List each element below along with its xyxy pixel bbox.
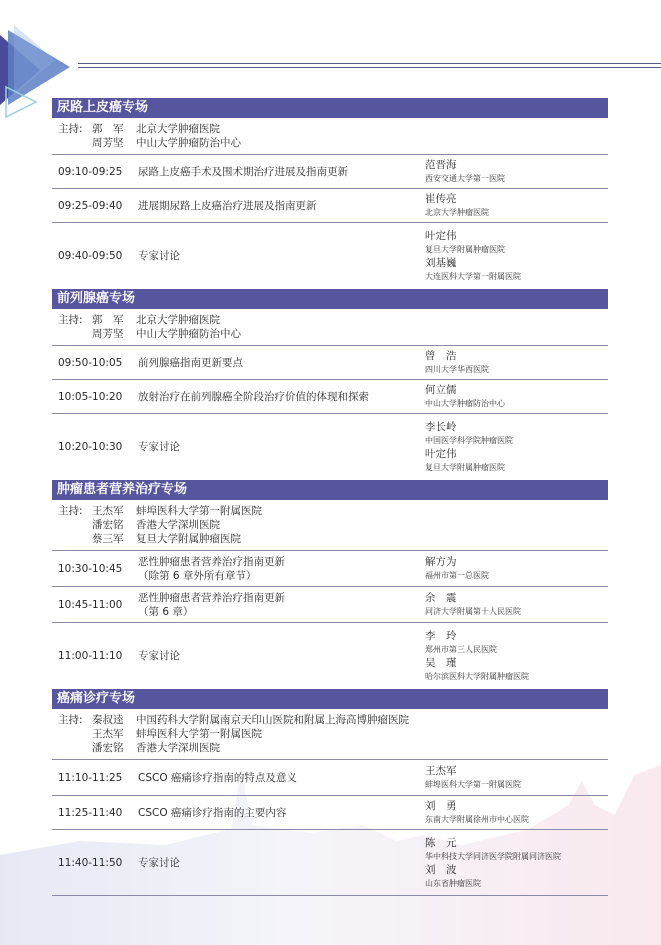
time-slot: 09:50-10:05: [52, 357, 138, 369]
time-slot: 09:10-09:25: [52, 166, 138, 178]
speaker-name: 刘 勇: [425, 799, 608, 813]
speaker-name: 刘基巍: [425, 256, 608, 270]
host-name: 秦叔逵: [92, 713, 136, 727]
speaker-name: 刘 波: [425, 863, 608, 877]
agenda-row: 09:25-09:40 进展期尿路上皮癌治疗进展及指南更新 崔传亮北京大学肿瘤医…: [52, 189, 608, 223]
host-institution: 中山大学肿瘤防治中心: [136, 136, 241, 150]
time-slot: 10:30-10:45: [52, 563, 138, 575]
speaker-institution: 山东省肿瘤医院: [425, 877, 608, 890]
time-slot: 09:40-09:50: [52, 250, 138, 262]
time-slot: 11:00-11:10: [52, 650, 138, 662]
section-urothelial: 尿路上皮癌专场 主持:郭 军北京大学肿瘤医院 周芳坚中山大学肿瘤防治中心 09:…: [52, 98, 608, 289]
agenda-row: 10:05-10:20 放射治疗在前列腺癌全阶段治疗价值的体现和探索 何立儒中山…: [52, 380, 608, 414]
section-title: 前列腺癌专场: [52, 289, 608, 309]
topic: CSCO 癌痛诊疗指南的主要内容: [138, 806, 425, 820]
topic: CSCO 癌痛诊疗指南的特点及意义: [138, 771, 425, 785]
speaker-name: 叶定伟: [425, 229, 608, 243]
topic: 进展期尿路上皮癌治疗进展及指南更新: [138, 199, 425, 213]
speaker-name: 何立儒: [425, 383, 608, 397]
speaker-name: 余 震: [425, 591, 608, 605]
speaker-institution: 郑州市第三人民医院: [425, 643, 608, 656]
host-name: 郭 军: [92, 122, 136, 136]
top-divider: [78, 63, 661, 68]
time-slot: 11:40-11:50: [52, 857, 138, 869]
topic-note: （除第 6 章外所有章节）: [138, 569, 425, 583]
speaker-institution: 同济大学附属第十人民医院: [425, 605, 608, 618]
host-label: 主持:: [58, 713, 92, 727]
host-institution: 复旦大学附属肿瘤医院: [136, 532, 241, 546]
speaker-institution: 福州市第一总医院: [425, 569, 608, 582]
host-institution: 蚌埠医科大学第一附属医院: [136, 504, 262, 518]
section-title: 肿瘤患者营养治疗专场: [52, 480, 608, 500]
speaker-institution: 复旦大学附属肿瘤医院: [425, 461, 608, 474]
agenda: 尿路上皮癌专场 主持:郭 军北京大学肿瘤医院 周芳坚中山大学肿瘤防治中心 09:…: [52, 98, 608, 896]
speaker-name: 范晋海: [425, 158, 608, 172]
agenda-row: 10:20-10:30 专家讨论 李长岭中国医学科学院肿瘤医院 叶定伟复旦大学附…: [52, 414, 608, 480]
agenda-row: 09:40-09:50 专家讨论 叶定伟复旦大学附属肿瘤医院 刘基巍大连医科大学…: [52, 223, 608, 289]
host-name: 周芳坚: [92, 136, 136, 150]
speaker-institution: 北京大学肿瘤医院: [425, 206, 608, 219]
speaker-name: 解方为: [425, 555, 608, 569]
agenda-row: 11:25-11:40 CSCO 癌痛诊疗指南的主要内容 刘 勇东南大学附属徐州…: [52, 796, 608, 830]
speaker-name: 李长岭: [425, 420, 608, 434]
speaker-institution: 四川大学华西医院: [425, 363, 608, 376]
hosts: 主持:王杰军蚌埠医科大学第一附属医院 潘宏铭香港大学深圳医院 蔡三军复旦大学附属…: [52, 500, 608, 551]
topic-note: （第 6 章）: [138, 605, 425, 619]
hosts: 主持:郭 军北京大学肿瘤医院 周芳坚中山大学肿瘤防治中心: [52, 309, 608, 346]
hosts: 主持:秦叔逵中国药科大学附属南京天印山医院和附属上海高博肿瘤医院 王杰军蚌埠医科…: [52, 709, 608, 760]
topic: 放射治疗在前列腺癌全阶段治疗价值的体现和探索: [138, 390, 425, 404]
host-name: 周芳坚: [92, 327, 136, 341]
agenda-row: 10:45-11:00 恶性肿瘤患者营养治疗指南更新（第 6 章） 余 震同济大…: [52, 587, 608, 623]
speaker-institution: 东南大学附属徐州市中心医院: [425, 813, 608, 826]
speaker-name: 陈 元: [425, 836, 608, 850]
time-slot: 09:25-09:40: [52, 200, 138, 212]
host-institution: 北京大学肿瘤医院: [136, 313, 220, 327]
section-cancer-pain: 癌痛诊疗专场 主持:秦叔逵中国药科大学附属南京天印山医院和附属上海高博肿瘤医院 …: [52, 689, 608, 896]
agenda-row: 10:30-10:45 恶性肿瘤患者营养治疗指南更新（除第 6 章外所有章节） …: [52, 551, 608, 587]
section-nutrition: 肿瘤患者营养治疗专场 主持:王杰军蚌埠医科大学第一附属医院 潘宏铭香港大学深圳医…: [52, 480, 608, 689]
speaker-name: 曾 浩: [425, 349, 608, 363]
speaker-name: 王杰军: [425, 764, 608, 778]
host-institution: 北京大学肿瘤医院: [136, 122, 220, 136]
time-slot: 10:20-10:30: [52, 441, 138, 453]
agenda-row: 11:10-11:25 CSCO 癌痛诊疗指南的特点及意义 王杰军蚌埠医科大学第…: [52, 760, 608, 796]
host-institution: 中山大学肿瘤防治中心: [136, 327, 241, 341]
topic: 专家讨论: [138, 440, 425, 454]
speaker-institution: 哈尔滨医科大学附属肿瘤医院: [425, 670, 608, 683]
topic: 专家讨论: [138, 649, 425, 663]
agenda-row: 11:40-11:50 专家讨论 陈 元华中科技大学同济医学院附属同济医院 刘 …: [52, 830, 608, 896]
speaker-institution: 西安交通大学第一医院: [425, 172, 608, 185]
host-institution: 香港大学深圳医院: [136, 518, 220, 532]
agenda-row: 09:50-10:05 前列腺癌指南更新要点 曾 浩四川大学华西医院: [52, 346, 608, 380]
speaker-name: 李 玲: [425, 629, 608, 643]
speaker-institution: 中国医学科学院肿瘤医院: [425, 434, 608, 447]
time-slot: 10:05-10:20: [52, 391, 138, 403]
speaker-institution: 蚌埠医科大学第一附属医院: [425, 778, 608, 791]
topic: 专家讨论: [138, 249, 425, 263]
time-slot: 11:10-11:25: [52, 772, 138, 784]
section-prostate: 前列腺癌专场 主持:郭 军北京大学肿瘤医院 周芳坚中山大学肿瘤防治中心 09:5…: [52, 289, 608, 480]
host-name: 王杰军: [92, 727, 136, 741]
host-institution: 香港大学深圳医院: [136, 741, 220, 755]
speaker-name: 叶定伟: [425, 447, 608, 461]
section-title: 癌痛诊疗专场: [52, 689, 608, 709]
time-slot: 10:45-11:00: [52, 599, 138, 611]
hosts: 主持:郭 军北京大学肿瘤医院 周芳坚中山大学肿瘤防治中心: [52, 118, 608, 155]
speaker-institution: 大连医科大学第一附属医院: [425, 270, 608, 283]
speaker-institution: 华中科技大学同济医学院附属同济医院: [425, 850, 608, 863]
host-label: 主持:: [58, 122, 92, 136]
agenda-row: 09:10-09:25 尿路上皮癌手术及围术期治疗进展及指南更新 范晋海西安交通…: [52, 155, 608, 189]
topic: 恶性肿瘤患者营养治疗指南更新: [138, 591, 425, 605]
host-name: 潘宏铭: [92, 741, 136, 755]
host-name: 潘宏铭: [92, 518, 136, 532]
host-institution: 蚌埠医科大学第一附属医院: [136, 727, 262, 741]
topic: 专家讨论: [138, 856, 425, 870]
topic: 尿路上皮癌手术及围术期治疗进展及指南更新: [138, 165, 425, 179]
host-name: 郭 军: [92, 313, 136, 327]
speaker-name: 崔传亮: [425, 192, 608, 206]
host-name: 王杰军: [92, 504, 136, 518]
speaker-institution: 复旦大学附属肿瘤医院: [425, 243, 608, 256]
host-label: 主持:: [58, 504, 92, 518]
agenda-row: 11:00-11:10 专家讨论 李 玲郑州市第三人民医院 吴 瑾哈尔滨医科大学…: [52, 623, 608, 689]
host-institution: 中国药科大学附属南京天印山医院和附属上海高博肿瘤医院: [136, 713, 409, 727]
section-title: 尿路上皮癌专场: [52, 98, 608, 118]
host-name: 蔡三军: [92, 532, 136, 546]
time-slot: 11:25-11:40: [52, 807, 138, 819]
topic: 前列腺癌指南更新要点: [138, 356, 425, 370]
speaker-institution: 中山大学肿瘤防治中心: [425, 397, 608, 410]
host-label: 主持:: [58, 313, 92, 327]
speaker-name: 吴 瑾: [425, 656, 608, 670]
topic: 恶性肿瘤患者营养治疗指南更新: [138, 555, 425, 569]
